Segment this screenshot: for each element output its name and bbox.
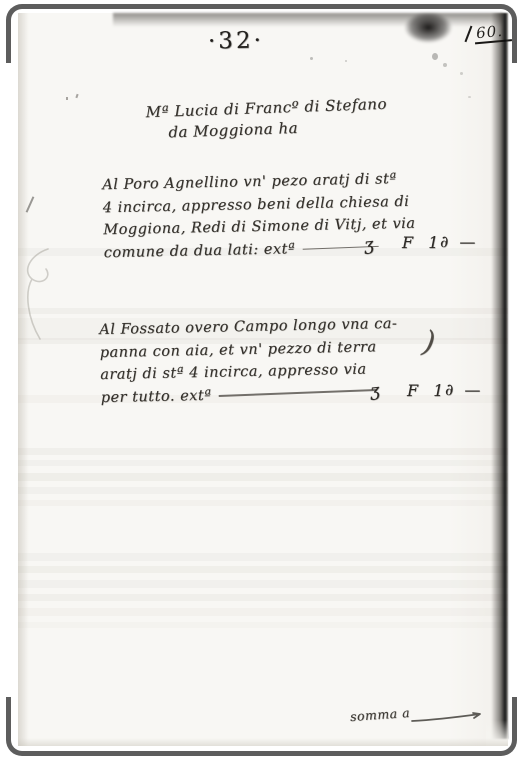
- sum-note: somma a: [350, 705, 411, 724]
- scan-streak: [18, 448, 508, 455]
- scan-streak: [18, 608, 508, 616]
- entry-1-denari-value: ∂ —: [440, 232, 478, 251]
- page-right-edge-shadow: [491, 13, 508, 739]
- scan-streak: [18, 566, 508, 573]
- manuscript-viewer: ·32· 60. Mª Lucia di Francº di Stefano d…: [0, 0, 523, 760]
- pencil-dot: [75, 94, 78, 98]
- page-number: ·32·: [208, 28, 264, 55]
- page-left-shading: [18, 13, 28, 746]
- ink-speck: [310, 57, 313, 60]
- entry-2-flourish: ʒ: [369, 381, 381, 402]
- pencil-dot: [66, 97, 68, 100]
- entry-2-denari-value: ∂ —: [445, 380, 483, 399]
- entry-1-fiorini-value: F 1: [402, 233, 443, 252]
- ink-speck: [432, 53, 438, 60]
- ink-speck: [443, 63, 447, 67]
- ink-speck: [345, 60, 347, 62]
- ink-speck: [460, 72, 463, 75]
- page-bottom-shading: [18, 738, 508, 746]
- sum-dash-arrow: [410, 710, 488, 726]
- scan-streak: [18, 500, 508, 506]
- ink-stain: [396, 13, 458, 61]
- manuscript-scan: ·32· 60. Mª Lucia di Francº di Stefano d…: [18, 13, 508, 746]
- entry-2-fiorini-value: F 1: [407, 381, 448, 400]
- scan-streak: [18, 594, 508, 601]
- margin-pencil-squiggle: [18, 241, 73, 346]
- scan-streak: [18, 580, 508, 588]
- entry-heading: Mª Lucia di Francº di Stefano da Moggion…: [145, 94, 388, 144]
- folio-corner-mark: [464, 26, 472, 43]
- scan-streak: [18, 460, 508, 466]
- scan-streak: [18, 553, 508, 561]
- entry-1-flourish: ʒ: [363, 235, 375, 256]
- ink-speck: [468, 96, 471, 98]
- property-entry-2: Al Fossato overo Campo longo vna ca- pan…: [99, 313, 399, 409]
- scan-streak: [18, 622, 508, 628]
- scan-streak: [18, 487, 508, 494]
- scan-streak: [18, 308, 508, 314]
- filler-dash: [219, 388, 377, 396]
- scan-streak: [18, 473, 508, 481]
